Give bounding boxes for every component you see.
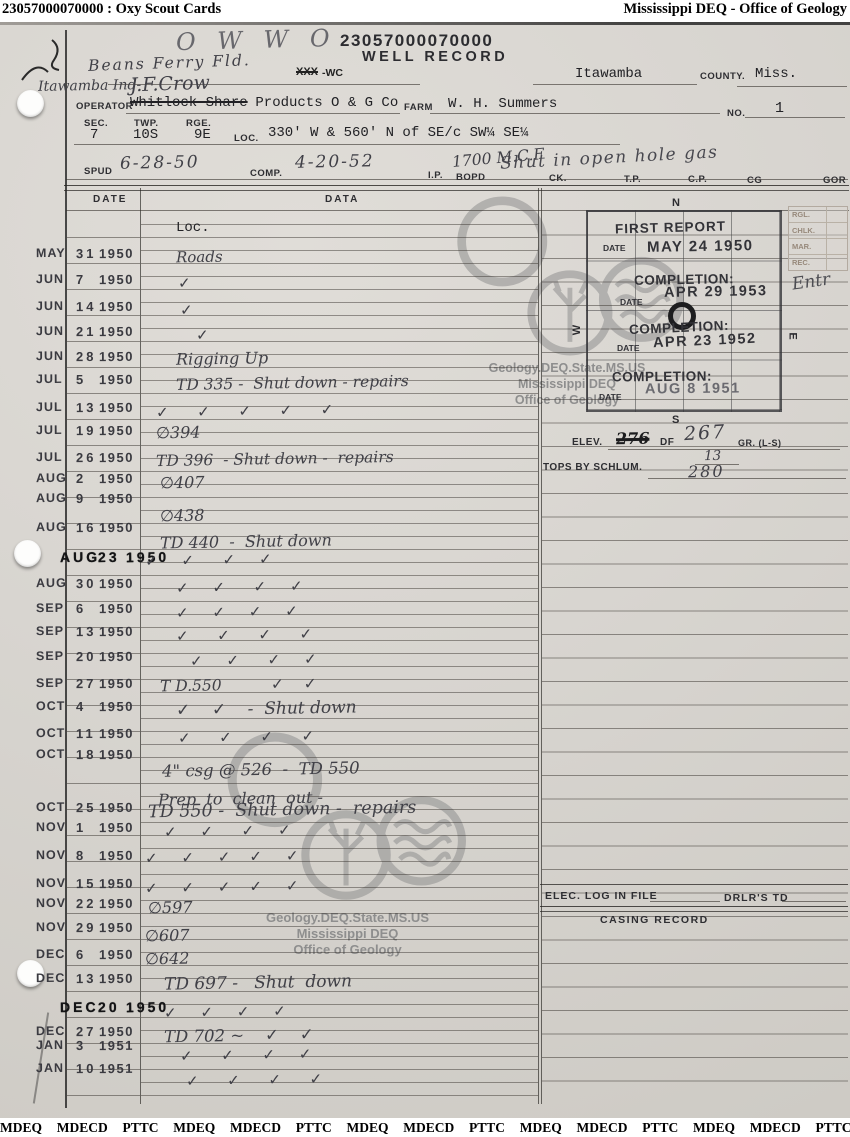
log-date-month: JUN [36, 349, 64, 363]
log-date-year: 1950 [99, 423, 134, 438]
well-record-title: WELL RECORD [362, 49, 508, 65]
log-date-day: 13 [76, 971, 97, 986]
drlrs-td-label: DRLR'S TD [724, 892, 789, 904]
review-row: REC. [789, 255, 847, 270]
panel-divider-a [538, 188, 539, 1104]
log-date-year: 1950 [99, 920, 134, 935]
log-date-month: OCT [36, 747, 66, 761]
log-date-month: JUL [36, 423, 63, 437]
log-date-month: OCT [36, 726, 66, 740]
rule [648, 478, 846, 479]
log-date-day: 22 [76, 896, 97, 911]
log-date-month: NOV [36, 876, 66, 890]
log-date-year: 1950 [99, 747, 134, 762]
log-date-year: 1950 [99, 299, 134, 314]
elev-struck-value: 276 [616, 429, 650, 449]
loc-line-typed: Loc. [176, 220, 210, 236]
comp-value-hand: 4-20-52 [295, 151, 375, 172]
log-date-year: 1950 [99, 400, 134, 415]
section-plat-stamp: N S W E FIRST REPORT DATE MAY 24 1950 CO… [586, 210, 782, 412]
log-date-year: 1950 [99, 876, 134, 891]
log-date-year: 1950 [99, 624, 134, 639]
log-entry: ∅407 [160, 473, 205, 493]
log-entry: ∅642 [145, 949, 190, 969]
log-entry: ✓ ✓ ✓ ✓ ✓ [145, 847, 299, 868]
log-date-year: 1950 [126, 999, 169, 1015]
hand-owwo-note: O W W O [176, 24, 337, 56]
log-date-year: 1950 [99, 324, 134, 339]
log-date-month: DEC [60, 999, 99, 1015]
log-date-month: SEP [36, 676, 64, 690]
log-date-month: DEC [36, 947, 66, 961]
log-date-month: AUG [36, 471, 67, 485]
log-date-day: 14 [76, 299, 97, 314]
log-entry: ✓ ✓ ✓ ✓ [190, 650, 317, 670]
review-row-label: MAR. [789, 239, 827, 254]
log-date-month: JUL [36, 450, 63, 464]
review-row: CHLK. [789, 223, 847, 239]
log-date-year: 1950 [99, 800, 134, 815]
screenshot: 23057000070000 : Oxy Scout Cards Mississ… [0, 0, 850, 1137]
log-date-day: 27 [76, 1024, 97, 1039]
log-date-year: 1950 [99, 726, 134, 741]
spud-value-hand: 6-28-50 [120, 152, 200, 173]
log-date-day: 6 [76, 601, 86, 616]
double-rule [64, 185, 849, 191]
log-date-year: 1950 [99, 676, 134, 691]
log-entry: ✓ ✓ ✓ ✓ [145, 550, 272, 570]
data-column-header: DATA [325, 194, 359, 205]
log-entry: ✓ ✓ ✓ ✓ [164, 821, 291, 841]
rule [737, 86, 847, 87]
log-date-month: JUL [36, 400, 63, 414]
log-date-month: DEC [36, 1024, 66, 1038]
log-date-day: 6 [76, 947, 86, 962]
rule [430, 113, 720, 114]
gr-label: GR. (L-S) [738, 438, 782, 448]
first-report-date-label: DATE [603, 243, 626, 253]
completion-date-label: DATE [599, 392, 622, 402]
rule [533, 84, 697, 85]
log-date-day: 15 [76, 876, 97, 891]
county-value: Itawamba [575, 66, 642, 82]
log-date-year: 1950 [99, 520, 134, 535]
log-date-month: JAN [36, 1038, 64, 1052]
log-date-year: 1950 [99, 649, 134, 664]
log-entry: Rigging Up [176, 348, 268, 369]
punch-hole [14, 540, 41, 567]
log-date-day: 13 [76, 400, 97, 415]
log-date-year: 1950 [99, 947, 134, 962]
log-date-year: 1950 [99, 848, 134, 863]
log-entry: ✓ ✓ ✓ ✓ ✓ [145, 877, 299, 898]
log-date-day: 9 [76, 491, 86, 506]
log-date-year: 1950 [99, 1024, 134, 1039]
rule [66, 179, 848, 180]
log-date-day: 19 [76, 423, 97, 438]
footer-orgs-text: MDEQ MDECD PTTC MDEQ MDECD PTTC MDEQ MDE… [0, 1118, 850, 1137]
log-date-day: 1 [76, 820, 86, 835]
log-date-year: 1950 [99, 601, 134, 616]
rule [745, 117, 845, 118]
rge-value: 9E [194, 127, 211, 143]
twp-value: 10S [133, 127, 158, 143]
log-date-day: 2 [76, 471, 86, 486]
df-value-hand: 267 [683, 421, 726, 445]
review-row-cell [827, 255, 847, 270]
log-date-month: JUN [36, 299, 64, 313]
log-date-month: OCT [36, 800, 66, 814]
well-no-value: 1 [775, 100, 784, 117]
operator-label: OPERATOR [76, 101, 133, 112]
header-title-right: Mississippi DEQ - Office of Geology [623, 1, 847, 18]
review-row-cell [827, 223, 847, 238]
log-entry: ✓ ✓ ✓ ✓ [164, 1002, 286, 1022]
log-date-day: 11 [76, 726, 96, 741]
log-date-year: 1951 [99, 1038, 134, 1053]
elec-log-label: ELEC. LOG IN FILE [545, 890, 658, 902]
sec-value: 7 [90, 127, 98, 143]
log-date-month: AUG [36, 520, 67, 534]
log-entry: ∅438 [160, 506, 205, 526]
log-date-day: 31 [76, 246, 97, 261]
log-date-month: SEP [36, 624, 64, 638]
first-report-label: FIRST REPORT [615, 219, 726, 237]
log-date-day: 27 [76, 676, 97, 691]
log-date-day: 21 [76, 324, 97, 339]
hand-owner-note: Itawamba Ind- [38, 77, 141, 95]
log-date-year: 1950 [99, 450, 134, 465]
log-entry: Roads [176, 248, 223, 267]
date-data-divider [140, 188, 141, 1104]
log-date-month: NOV [36, 848, 66, 862]
log-entry: TD 702 ~ ✓ ✓ [164, 1025, 314, 1047]
log-date-day: 13 [76, 624, 97, 639]
compass-west: W [571, 325, 583, 335]
first-report-date: MAY 24 1950 [647, 237, 754, 256]
completion-date: APR 23 1952 [653, 331, 757, 352]
comp-label: COMP. [250, 168, 282, 179]
review-row-cell [827, 239, 847, 254]
log-date-year: 1950 [99, 491, 134, 506]
rule [650, 901, 720, 902]
log-date-day: 3 [76, 1038, 86, 1053]
log-date-year: 1951 [99, 1061, 134, 1076]
log-date-day: 8 [76, 848, 86, 863]
hand-owner-name: J.F.Crow [130, 72, 211, 97]
log-date-day: 23 [98, 549, 120, 565]
log-date-month: JUN [36, 324, 64, 338]
log-date-day: 30 [76, 576, 97, 591]
log-date-year: 1950 [99, 471, 134, 486]
tops-label: TOPS BY SCHLUM. [543, 462, 642, 473]
loc-value: 330' W & 560' N of SE/c SW¼ SE¼ [268, 125, 528, 141]
double-rule [540, 906, 848, 912]
log-date-year: 1950 [99, 699, 134, 714]
df-label: DF [660, 437, 674, 448]
log-entry: TD 697 - Shut down [164, 971, 352, 994]
review-row-label: CHLK. [789, 223, 827, 238]
log-entry: ✓ ✓ ✓ ✓ ✓ [156, 400, 334, 421]
review-row: RGL. [789, 207, 847, 223]
log-date-day: 20 [76, 649, 97, 664]
log-date-month: SEP [36, 649, 64, 663]
log-date-day: 18 [76, 747, 97, 762]
rule [540, 884, 848, 885]
log-date-month: DEC [36, 971, 66, 985]
log-date-month: AUG [36, 491, 67, 505]
rule [126, 113, 400, 114]
struck-code: XXX [296, 66, 318, 78]
log-entry: ✓ ✓ ✓ ✓ [186, 1070, 322, 1090]
log-date-year: 1950 [99, 896, 134, 911]
log-entry: T D.550 ✓ ✓ [160, 675, 317, 696]
log-entry: ∅597 [148, 898, 193, 918]
county-label: COUNTY. [700, 71, 745, 82]
panel-divider-b [541, 188, 542, 1104]
log-entry: ✓ [196, 326, 209, 344]
review-row-label: REC. [789, 255, 827, 270]
log-date-day: 28 [76, 349, 97, 364]
review-row-cell [827, 207, 847, 222]
completion-date-label: DATE [617, 343, 640, 353]
log-date-month: JUN [36, 272, 64, 286]
code-suffix: -WC [322, 67, 343, 79]
log-entry: ✓ [178, 274, 191, 292]
log-date-month: JAN [36, 1061, 64, 1075]
log-date-year: 1950 [99, 971, 134, 986]
log-entry: 4" csg @ 526 - TD 550 [162, 758, 360, 780]
log-date-year: 1950 [99, 246, 134, 261]
log-date-month: SEP [36, 601, 64, 615]
rule [782, 901, 846, 902]
log-date-month: AUG [60, 549, 100, 565]
paper: Geology.DEQ.State.MS.US Mississippi DEQ … [0, 22, 850, 1118]
hand-field-name: Beans Ferry Fld. [88, 51, 251, 75]
log-entry: ∅607 [145, 926, 190, 946]
date-column-header: DATE [93, 194, 127, 205]
log-date-month: NOV [36, 920, 66, 934]
log-date-month: JUL [36, 372, 63, 386]
log-date-year: 1950 [99, 349, 134, 364]
log-entry: ✓ [180, 301, 193, 319]
log-date-year: 1950 [99, 576, 134, 591]
log-entry: TD 440 - Shut down [160, 531, 332, 553]
log-date-day: 7 [76, 272, 86, 287]
spud-label: SPUD [84, 166, 112, 177]
compass-north: N [672, 197, 680, 209]
casing-record-label: CASING RECORD [600, 914, 709, 926]
header-title-left: 23057000070000 : Oxy Scout Cards [2, 1, 221, 18]
page-footer: MDEQ MDECD PTTC MDEQ MDECD PTTC MDEQ MDE… [0, 1118, 850, 1137]
log-entry: ∅394 [156, 423, 201, 443]
log-date-month: MAY [36, 246, 66, 260]
review-row: MAR. [789, 239, 847, 255]
operator-struck: Whitlock-Share [130, 95, 248, 111]
loc-label: LOC. [234, 133, 259, 144]
compass-east: E [786, 332, 798, 339]
log-date-day: 26 [76, 450, 97, 465]
log-date-month: OCT [36, 699, 66, 713]
completion-date: AUG 8 1951 [645, 381, 741, 398]
log-date-day: 4 [76, 699, 86, 714]
log-date-day: 29 [76, 920, 97, 935]
page-header: 23057000070000 : Oxy Scout Cards Mississ… [0, 0, 850, 22]
review-row-label: RGL. [789, 207, 827, 222]
farm-label: FARM [404, 102, 433, 113]
log-date-year: 1950 [99, 820, 134, 835]
log-entry: ✓ ✓ ✓ ✓ [180, 1045, 312, 1065]
farm-value: W. H. Summers [448, 96, 557, 112]
log-entry: ✓ ✓ ✓ ✓ [176, 625, 312, 645]
review-stamp-box: RGL.CHLK.MAR.REC. [788, 206, 848, 271]
rule [608, 449, 840, 450]
elev-label: ELEV. [572, 437, 602, 448]
log-date-month: NOV [36, 820, 66, 834]
log-entry: ✓ ✓ ✓ ✓ [178, 727, 314, 747]
log-entry: ✓ ✓ ✓ ✓ [176, 602, 298, 622]
log-date-month: NOV [36, 896, 66, 910]
compass-south: S [672, 414, 679, 426]
log-date-year: 1950 [99, 272, 134, 287]
completion-date-label: DATE [620, 297, 643, 307]
log-date-day: 5 [76, 372, 86, 387]
api-number: 23057000070000 [340, 31, 493, 51]
log-entry: ✓ ✓ - Shut down [176, 697, 357, 720]
state-value: Miss. [755, 66, 797, 82]
log-entry: ✓ ✓ ✓ ✓ [176, 577, 303, 597]
operator-rest: Products O & G Co [247, 95, 398, 111]
well-no-label: NO. [727, 108, 745, 119]
scan-top-edge [0, 22, 850, 25]
log-date-day: 16 [76, 520, 97, 535]
log-date-year: 1950 [99, 372, 134, 387]
completion-date: APR 29 1953 [664, 283, 768, 301]
log-date-day: 10 [76, 1061, 97, 1076]
log-date-day: 25 [76, 800, 97, 815]
log-date-month: AUG [36, 576, 67, 590]
log-date-day: 20 [98, 999, 120, 1015]
bopd-label: BOPD [456, 172, 485, 183]
